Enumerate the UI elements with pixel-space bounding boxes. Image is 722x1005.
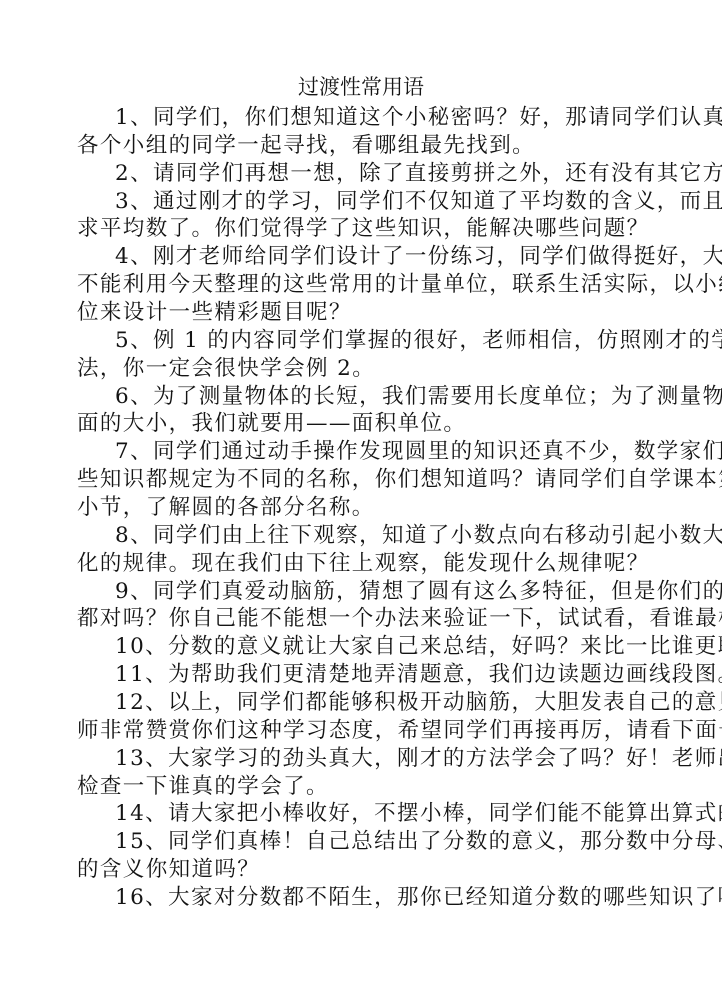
paragraph-line: 2、请同学们再想一想，除了直接剪拼之外，还有没有其它方法？ [77,160,649,188]
paragraph-line: 3、通过刚才的学习，同学们不仅知道了平均数的含义，而且也会 [77,188,649,216]
paragraph-line: 6、为了测量物体的长短，我们需要用长度单位；为了测量物体表 [77,383,649,411]
paragraph-13: 13、大家学习的劲头真大，刚才的方法学会了吗？好！老师出道题， 检查一下谁真的学… [77,745,649,801]
paragraph-line: 各个小组的同学一起寻找，看哪组最先找到。 [77,132,649,160]
document-title: 过渡性常用语 [0,73,722,101]
paragraph-line: 12、以上，同学们都能够积极开动脑筋，大胆发表自己的意见，老 [77,689,649,717]
paragraph-9: 9、同学们真爱动脑筋，猜想了圆有这么多特征，但是你们的猜想 都对吗？你自己能不能… [77,578,649,634]
paragraph-10: 10、分数的意义就让大家自己来总结，好吗？来比一比谁更聪明。 [77,633,649,661]
paragraph-16: 16、大家对分数都不陌生，那你已经知道分数的哪些知识了呢？ [77,884,649,912]
paragraph-8: 8、同学们由上往下观察，知道了小数点向右移动引起小数大小变 化的规律。现在我们由… [77,522,649,578]
paragraph-line: 13、大家学习的劲头真大，刚才的方法学会了吗？好！老师出道题， [77,745,649,773]
paragraph-5: 5、例 1 的内容同学们掌握的很好，老师相信，仿照刚才的学习方 法，你一定会很快… [77,327,649,383]
paragraph-line: 都对吗？你自己能不能想一个办法来验证一下，试试看，看谁最棒。 [77,605,649,633]
paragraph-1: 1、同学们，你们想知道这个小秘密吗？好，那请同学们认真观察， 各个小组的同学一起… [77,104,649,160]
document-body: 1、同学们，你们想知道这个小秘密吗？好，那请同学们认真观察， 各个小组的同学一起… [77,104,649,912]
paragraph-line: 法，你一定会很快学会例 2。 [77,355,649,383]
paragraph-line: 11、为帮助我们更清楚地弄清题意，我们边读题边画线段图。 [77,661,649,689]
paragraph-15: 15、同学们真棒！自己总结出了分数的意义，那分数中分母、分子 的含义你知道吗？ [77,828,649,884]
paragraph-line: 15、同学们真棒！自己总结出了分数的意义，那分数中分母、分子 [77,828,649,856]
paragraph-line: 9、同学们真爱动脑筋，猜想了圆有这么多特征，但是你们的猜想 [77,578,649,606]
paragraph-line: 求平均数了。你们觉得学了这些知识，能解决哪些问题？ [77,215,649,243]
paragraph-2: 2、请同学们再想一想，除了直接剪拼之外，还有没有其它方法？ [77,160,649,188]
paragraph-14: 14、请大家把小棒收好，不摆小棒，同学们能不能算出算式的得数？ [77,800,649,828]
paragraph-line: 14、请大家把小棒收好，不摆小棒，同学们能不能算出算式的得数？ [77,800,649,828]
paragraph-line: 5、例 1 的内容同学们掌握的很好，老师相信，仿照刚才的学习方 [77,327,649,355]
paragraph-line: 4、刚才老师给同学们设计了一份练习，同学们做得挺好，大家能 [77,243,649,271]
paragraph-6: 6、为了测量物体的长短，我们需要用长度单位；为了测量物体表 面的大小，我们就要用… [77,383,649,439]
paragraph-line: 16、大家对分数都不陌生，那你已经知道分数的哪些知识了呢？ [77,884,649,912]
paragraph-line: 10、分数的意义就让大家自己来总结，好吗？来比一比谁更聪明。 [77,633,649,661]
paragraph-line: 1、同学们，你们想知道这个小秘密吗？好，那请同学们认真观察， [77,104,649,132]
paragraph-line: 不能利用今天整理的这些常用的计量单位，联系生活实际，以小组为单 [77,271,649,299]
paragraph-7: 7、同学们通过动手操作发现圆里的知识还真不少，数学家们把这 些知识都规定为不同的… [77,438,649,522]
paragraph-line: 8、同学们由上往下观察，知道了小数点向右移动引起小数大小变 [77,522,649,550]
paragraph-line: 的含义你知道吗？ [77,856,649,884]
paragraph-4: 4、刚才老师给同学们设计了一份练习，同学们做得挺好，大家能 不能利用今天整理的这… [77,243,649,327]
paragraph-line: 检查一下谁真的学会了。 [77,773,649,801]
paragraph-line: 些知识都规定为不同的名称，你们想知道吗？请同学们自学课本第 4-9 [77,466,649,494]
document-page: 过渡性常用语 1、同学们，你们想知道这个小秘密吗？好，那请同学们认真观察， 各个… [0,0,722,1005]
paragraph-3: 3、通过刚才的学习，同学们不仅知道了平均数的含义，而且也会 求平均数了。你们觉得… [77,188,649,244]
paragraph-12: 12、以上，同学们都能够积极开动脑筋，大胆发表自己的意见，老 师非常赞赏你们这种… [77,689,649,745]
paragraph-line: 面的大小，我们就要用——面积单位。 [77,410,649,438]
paragraph-line: 化的规律。现在我们由下往上观察，能发现什么规律呢？ [77,550,649,578]
paragraph-11: 11、为帮助我们更清楚地弄清题意，我们边读题边画线段图。 [77,661,649,689]
paragraph-line: 师非常赞赏你们这种学习态度，希望同学们再接再厉，请看下面一道题。 [77,717,649,745]
paragraph-line: 7、同学们通过动手操作发现圆里的知识还真不少，数学家们把这 [77,438,649,466]
paragraph-line: 小节，了解圆的各部分名称。 [77,494,649,522]
paragraph-line: 位来设计一些精彩题目呢？ [77,299,649,327]
